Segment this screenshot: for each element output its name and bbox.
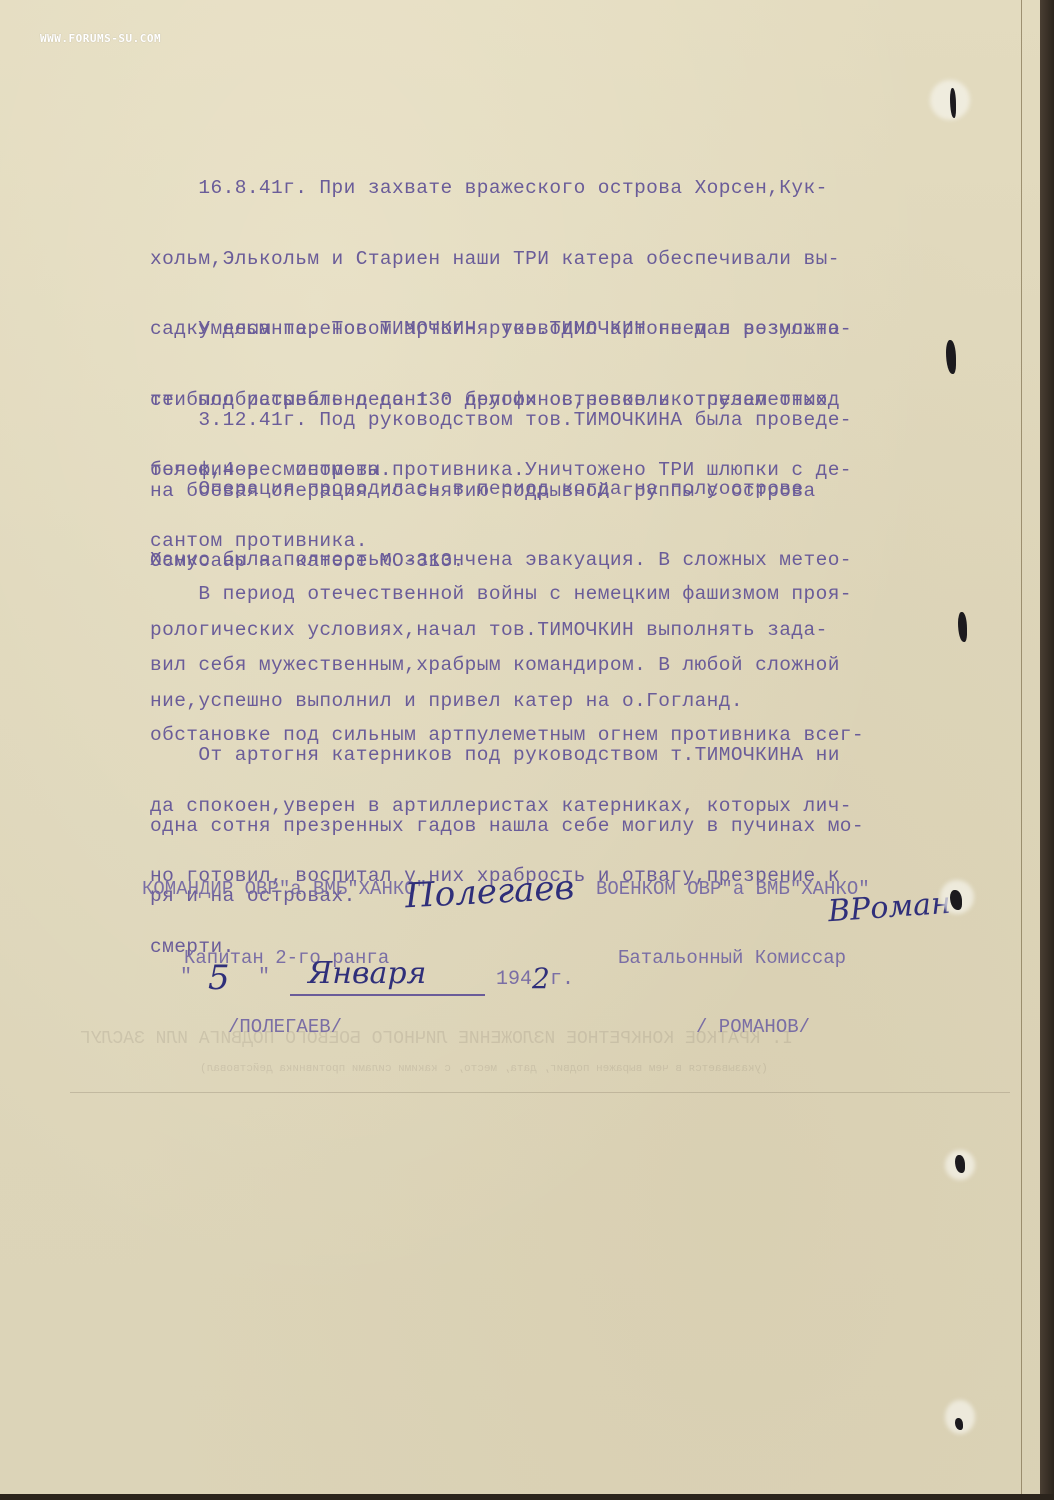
fold-line [1021, 0, 1022, 1494]
text-line: Умелым переносом артогня тов.ТИМОЧКИН не… [150, 318, 852, 342]
document-page: WWW.FORUMS-SU.COM I. КРАТКОЕ КОНКРЕТНОЕ … [0, 0, 1054, 1494]
paper-hole [946, 340, 956, 374]
date-open-quote: " [180, 966, 192, 989]
paper-hole [950, 890, 962, 910]
paper-hole [950, 88, 956, 118]
date-year-typed: 194 [496, 968, 532, 991]
commissar-name: / РОМАНОВ/ [596, 1016, 870, 1039]
commander-name: /ПОЛЕГАЕВ/ [142, 1016, 427, 1039]
text-line: 3.12.41г. Под руководством тов.ТИМОЧКИНА… [150, 409, 852, 433]
page-edge-bottom [0, 1494, 1054, 1500]
date-month-underline [290, 994, 485, 996]
watermark: WWW.FORUMS-SU.COM [40, 32, 161, 45]
text-line: От артогня катерников под руководством т… [150, 744, 864, 768]
commissar-signature: ВРоман [827, 886, 952, 929]
date-close-quote: " [258, 966, 270, 989]
date-month: Января [308, 956, 426, 991]
paper-hole [955, 1155, 965, 1173]
date-year-digit: 2 [532, 962, 550, 995]
text-line: хольм,Элькольм и Стариен наши ТРИ катера… [150, 248, 852, 272]
text-line: вил себя мужественным,храбрым командиром… [150, 654, 864, 678]
date-day: 5 [208, 958, 230, 998]
document-date: " 5 " Января 194 2 г. [180, 962, 600, 1002]
commissar-rank: Батальонный Комиссар [596, 947, 870, 970]
commander-title: КОМАНДИР ОВР"а ВМБ"ХАНКО" [142, 878, 427, 901]
page-edge-right [1040, 0, 1054, 1500]
text-line: Операция проводилась в период когда на п… [150, 478, 852, 502]
text-line: 16.8.41г. При захвате вражеского острова… [150, 177, 852, 201]
signature-block-commissar: ВОЕНКОМ ОВР"а ВМБ"ХАНКО" Батальонный Ком… [596, 832, 870, 1085]
paper-hole [958, 612, 967, 642]
bleed-through-rule [70, 1092, 1010, 1093]
text-line: В период отечественной войны с немецким … [150, 583, 864, 607]
date-suffix: г. [550, 968, 574, 991]
paper-hole [955, 1418, 963, 1430]
